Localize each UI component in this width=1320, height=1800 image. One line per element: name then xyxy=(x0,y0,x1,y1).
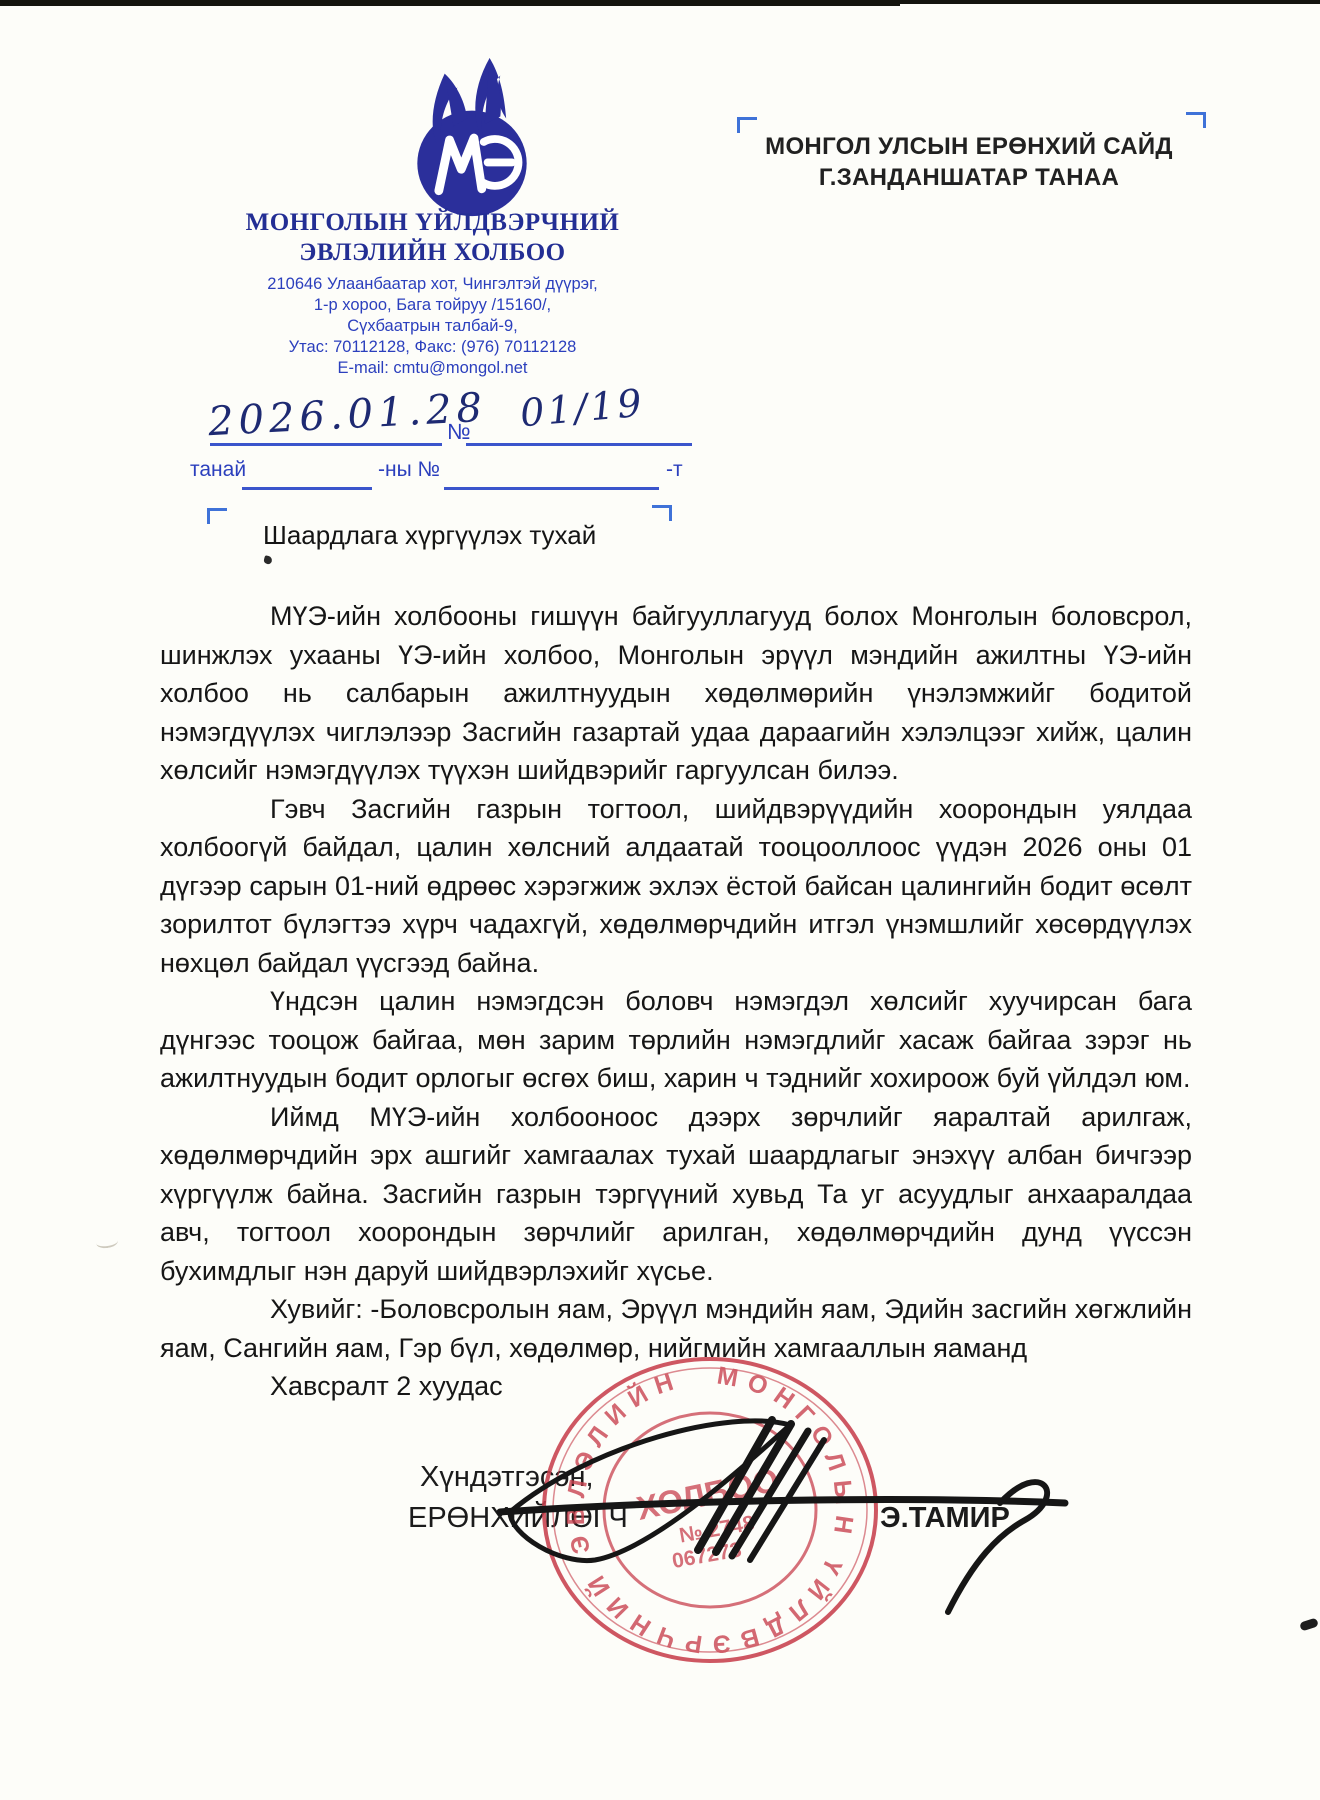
recipient-block: МОНГОЛ УЛСЫН ЕРӨНХИЙ САЙД Г.ЗАНДАНШАТАР … xyxy=(745,131,1193,193)
corner-bracket-icon xyxy=(207,508,227,524)
address-line: 210646 Улаанбаатар хот, Чингэлтэй дүүрэг… xyxy=(180,274,685,295)
scanner-edge-artifact-thin xyxy=(900,4,1320,7)
paragraph: Үндсэн цалин нэмэгдсэн боловч нэмэгдэл х… xyxy=(160,982,1192,1098)
organization-address: 210646 Улаанбаатар хот, Чингэлтэй дүүрэг… xyxy=(180,274,685,379)
date-underline xyxy=(210,443,442,446)
flame-monogram-logo-icon xyxy=(388,56,556,222)
letter-body: МҮЭ-ийн холбооны гишүүн байгууллагууд бо… xyxy=(160,597,1192,1406)
address-line: Сүхбаатрын талбай-9, xyxy=(180,316,685,337)
your-ref-suffix: -т xyxy=(666,458,683,482)
recipient-line1: МОНГОЛ УЛСЫН ЕРӨНХИЙ САЙД xyxy=(745,131,1193,162)
your-ref-mid: -ны № xyxy=(378,458,440,482)
address-line: E-mail: cmtu@mongol.net xyxy=(180,358,685,379)
margin-smudge xyxy=(95,1235,118,1250)
number-sign-label: № xyxy=(447,419,471,445)
your-ref-underline-2 xyxy=(444,487,659,490)
paragraph: МҮЭ-ийн холбооны гишүүн байгууллагууд бо… xyxy=(160,597,1192,790)
organization-name: МОНГОЛЫН ҮЙЛДВЭРЧНИЙ ЭВЛЭЛИЙН ХОЛБОО xyxy=(180,208,685,268)
paragraph: Гэвч Засгийн газрын тогтоол, шийдвэрүүди… xyxy=(160,790,1192,983)
handwritten-date: 2026.01.28 xyxy=(207,385,488,446)
your-ref-prefix: танай xyxy=(190,458,246,482)
signature xyxy=(480,1400,1120,1640)
recipient-line2: Г.ЗАНДАНШАТАР ТАНАА xyxy=(745,162,1193,193)
ink-mark xyxy=(263,555,273,565)
subject-line: Шаардлага хүргүүлэх тухай xyxy=(263,520,596,551)
org-name-line1: МОНГОЛЫН ҮЙЛДВЭРЧНИЙ xyxy=(180,208,685,238)
org-name-line2: ЭВЛЭЛИЙН ХОЛБОО xyxy=(180,238,685,268)
corner-bracket-icon xyxy=(1186,112,1206,128)
address-line: Утас: 70112128, Факс: (976) 70112128 xyxy=(180,337,685,358)
handwritten-outgoing-number: 01/19 xyxy=(518,381,646,436)
your-ref-underline-1 xyxy=(242,487,372,490)
paragraph: Иймд МҮЭ-ийн холбооноос дээрх зөрчлийг я… xyxy=(160,1098,1192,1291)
number-underline xyxy=(466,443,692,446)
ink-smudge xyxy=(1299,1617,1319,1631)
corner-bracket-icon xyxy=(652,505,672,521)
address-line: 1-р хороо, Бага тойруу /15160/, xyxy=(180,295,685,316)
scanned-letter-page: МОНГОЛЫН ҮЙЛДВЭРЧНИЙ ЭВЛЭЛИЙН ХОЛБОО 210… xyxy=(0,0,1320,1800)
